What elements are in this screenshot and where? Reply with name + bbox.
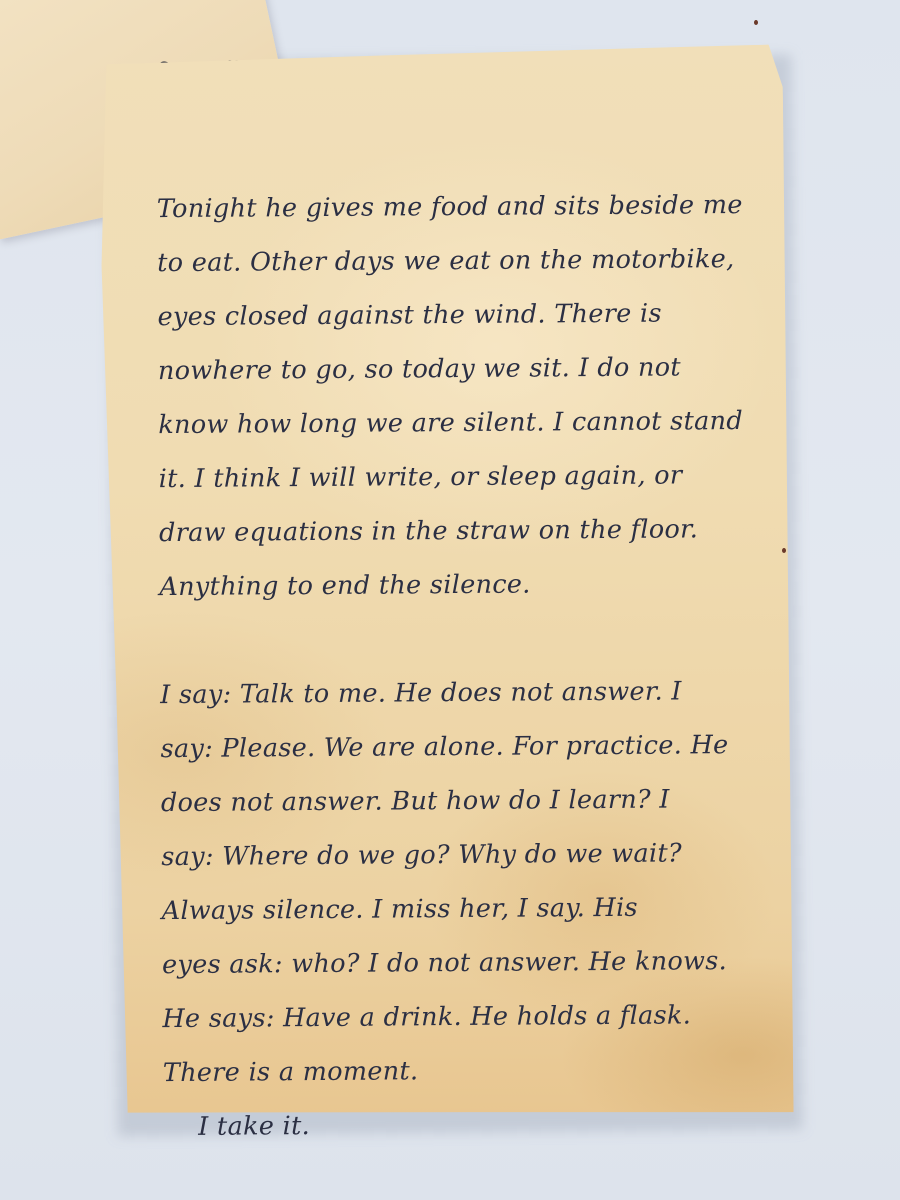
text-line: say: Where do we go? Why do we wait? [161,826,761,884]
text-line: it. I think I will write, or sleep again… [158,448,758,506]
text-line: I say: Talk to me. He does not answer. I [160,664,760,722]
paragraph-1: Tonight he gives me food and sits beside… [157,178,760,614]
paragraph-gap [160,610,760,668]
text-line: I take it. [163,1096,763,1154]
text-line: He says: Have a drink. He holds a flask. [162,988,762,1046]
text-line: say: Please. We are alone. For practice.… [160,718,760,776]
ink-speck [754,20,758,25]
text-line: eyes ask: who? I do not answer. He knows… [162,934,762,992]
ink-speck [782,548,786,553]
text-line: to eat. Other days we eat on the motorbi… [157,232,757,290]
text-line: Tonight he gives me food and sits beside… [157,178,757,236]
handwritten-text: Tonight he gives me food and sits beside… [157,178,764,1154]
text-line: nowhere to go, so today we sit. I do not [158,340,758,398]
paragraph-2: I say: Talk to me. He does not answer. I… [160,664,763,1154]
text-line: draw equations in the straw on the floor… [159,502,759,560]
text-line: Always silence. I miss her, I say. His [162,880,762,938]
text-line: know how long we are silent. I cannot st… [158,394,758,452]
text-line: There is a moment. [163,1042,763,1100]
text-line: does not answer. But how do I learn? I [161,772,761,830]
text-line: Anything to end the silence. [159,556,759,614]
text-line: eyes closed against the wind. There is [157,286,757,344]
